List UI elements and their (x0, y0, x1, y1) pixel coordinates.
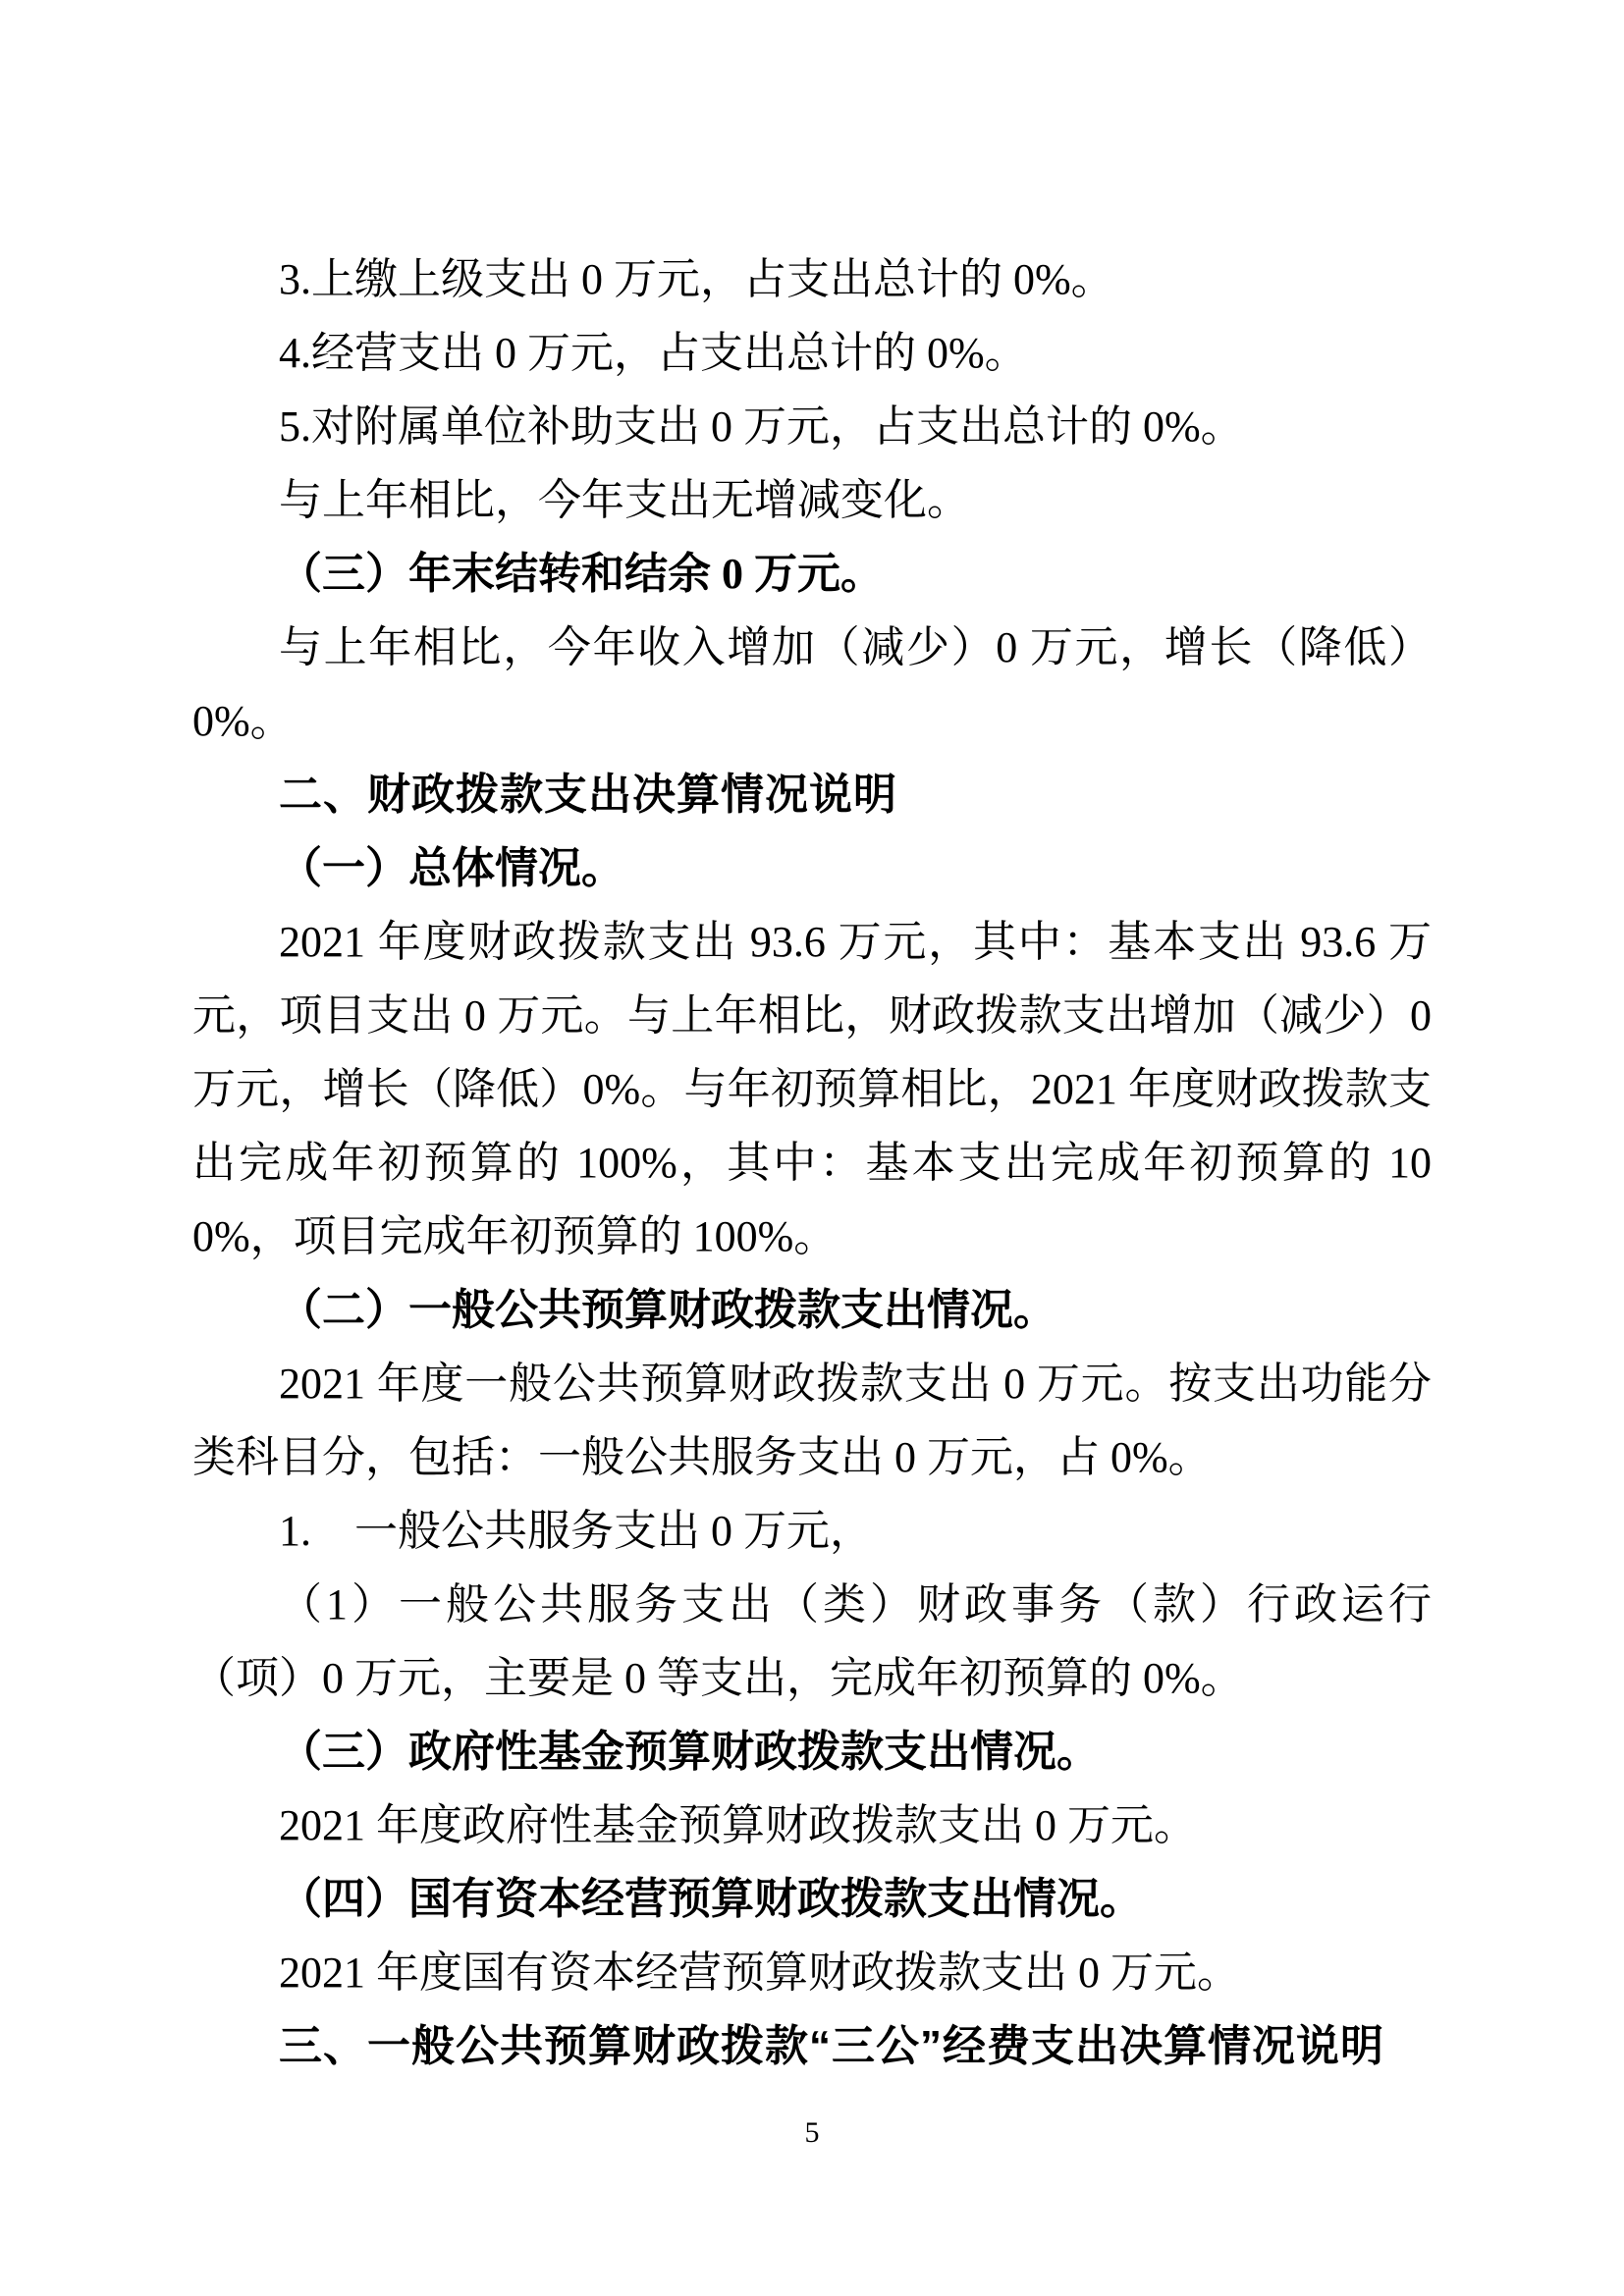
subsection-heading-general-public-budget: （二）一般公共预算财政拨款支出情况。 (192, 1273, 1432, 1347)
body-paragraph-income-compare: 与上年相比，今年收入增加（减少）0 万元，增长（降低）0%。 (192, 611, 1432, 758)
body-paragraph-general-public-budget: 2021 年度一般公共预算财政拨款支出 0 万元。按支出功能分类科目分，包括：一… (192, 1347, 1432, 1494)
subsection-heading-year-end-balance: （三）年末结转和结余 0 万元。 (192, 537, 1432, 611)
subsection-heading-overall-situation: （一）总体情况。 (192, 831, 1432, 905)
body-paragraph-state-capital-budget: 2021 年度国有资本经营预算财政拨款支出 0 万元。 (192, 1936, 1432, 2009)
body-paragraph-item-4: 4.经营支出 0 万元，占支出总计的 0%。 (192, 316, 1432, 390)
body-paragraph-item-5: 5.对附属单位补助支出 0 万元，占支出总计的 0%。 (192, 390, 1432, 463)
body-paragraph-public-service-item: 1. 一般公共服务支出 0 万元， (192, 1494, 1432, 1568)
body-paragraph-government-fund-budget: 2021 年度政府性基金预算财政拨款支出 0 万元。 (192, 1789, 1432, 1862)
body-paragraph-expense-compare: 与上年相比，今年支出无增减变化。 (192, 463, 1432, 537)
body-paragraph-item-3: 3.上缴上级支出 0 万元，占支出总计的 0%。 (192, 242, 1432, 316)
subsection-heading-state-capital-budget: （四）国有资本经营预算财政拨款支出情况。 (192, 1862, 1432, 1936)
section-heading-3-three-public-funds: 三、一般公共预算财政拨款“三公”经费支出决算情况说明 (192, 2009, 1432, 2083)
subsection-heading-government-fund-budget: （三）政府性基金预算财政拨款支出情况。 (192, 1715, 1432, 1789)
page-footer: 5 (0, 2116, 1624, 2150)
section-heading-2-fiscal-expenditure: 二、财政拨款支出决算情况说明 (192, 758, 1432, 831)
page-number: 5 (805, 2116, 820, 2149)
body-paragraph-public-service-detail: （1）一般公共服务支出（类）财政事务（款）行政运行（项）0 万元，主要是 0 等… (192, 1568, 1432, 1715)
body-paragraph-overall-situation: 2021 年度财政拨款支出 93.6 万元，其中：基本支出 93.6 万元，项目… (192, 905, 1432, 1273)
document-page: 3.上缴上级支出 0 万元，占支出总计的 0%。 4.经营支出 0 万元，占支出… (0, 0, 1624, 2296)
document-body: 3.上缴上级支出 0 万元，占支出总计的 0%。 4.经营支出 0 万元，占支出… (192, 242, 1432, 2083)
